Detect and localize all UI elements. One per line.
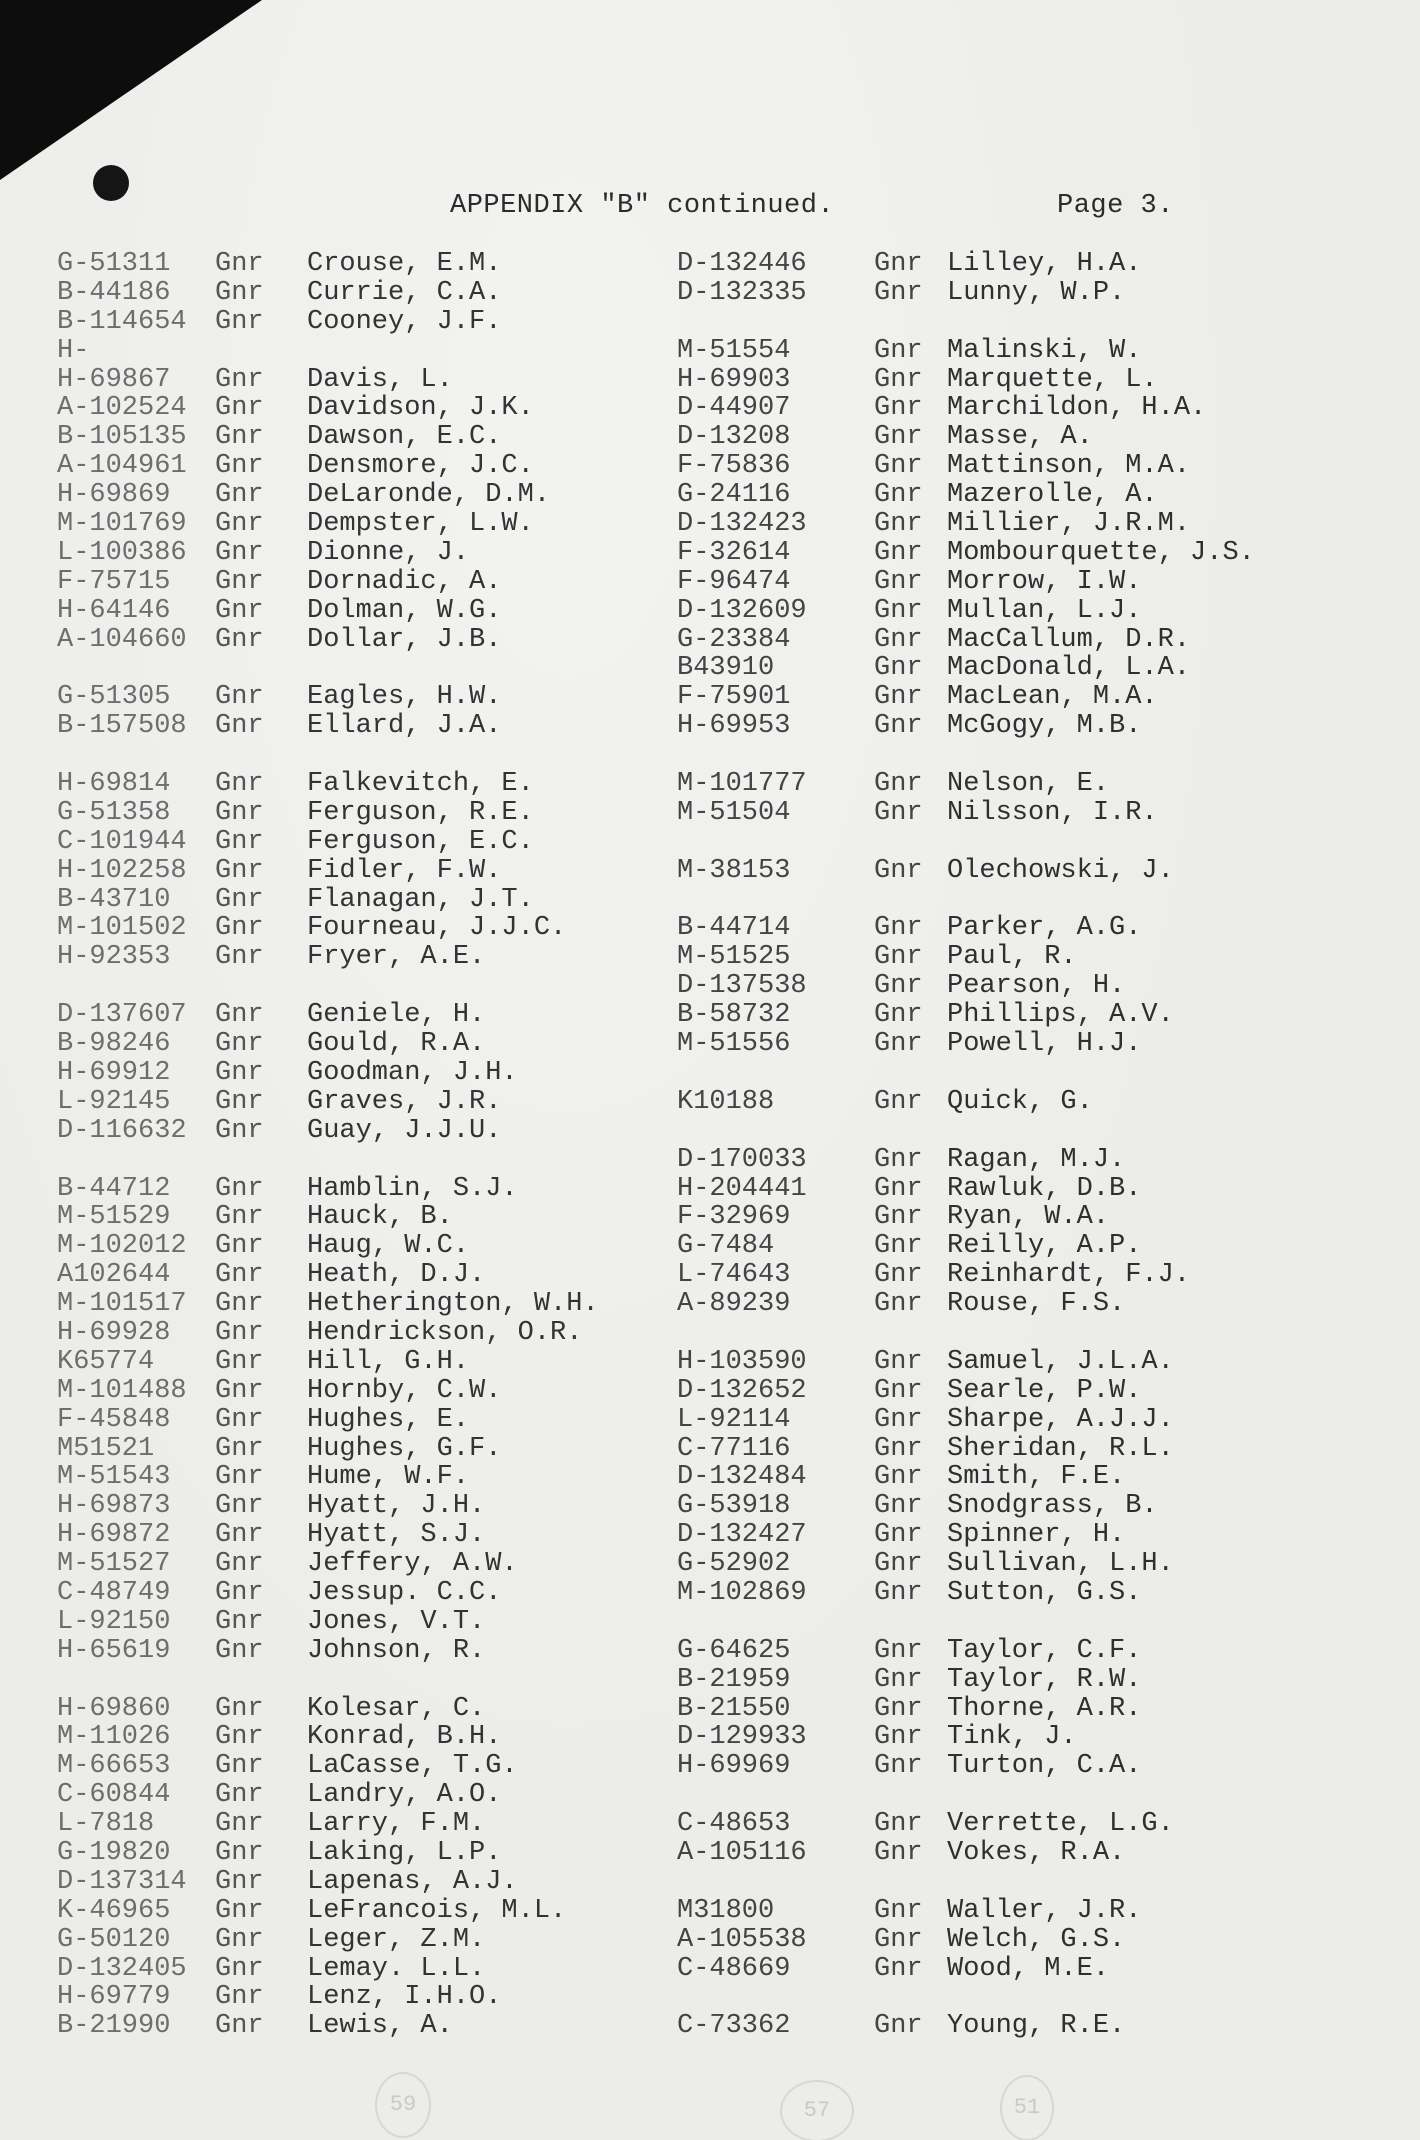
entry-rank: Gnr [215, 712, 264, 741]
entry-rank: Gnr [215, 1203, 264, 1232]
entry-name: Morrow, I.W. [947, 568, 1141, 597]
entry-rank: Gnr [215, 1637, 264, 1666]
entry-rank: Gnr [215, 626, 264, 655]
entry-name: Hamblin, S.J. [307, 1175, 518, 1204]
entry-name: Cooney, J.F. [307, 308, 501, 337]
entry-rank: Gnr [874, 943, 923, 972]
entry-number: G-64625 [677, 1637, 790, 1666]
entry-number: D-137607 [57, 1001, 187, 1030]
entry-rank: Gnr [215, 857, 264, 886]
entry-number: D-132427 [677, 1521, 807, 1550]
entry-name: Falkevitch, E. [307, 770, 534, 799]
entry-number: B-105135 [57, 423, 187, 452]
entry-name: Dornadic, A. [307, 568, 501, 597]
entry-number: K-46965 [57, 1897, 170, 1926]
entry-name: Searle, P.W. [947, 1377, 1141, 1406]
entry-name: Lunny, W.P. [947, 279, 1125, 308]
entry-rank: Gnr [215, 1435, 264, 1464]
entry-rank: Gnr [215, 279, 264, 308]
entry-rank: Gnr [215, 394, 264, 423]
entry-rank: Gnr [874, 1550, 923, 1579]
entry-name: Nelson, E. [947, 770, 1109, 799]
entry-rank: Gnr [874, 1839, 923, 1868]
entry-name: Smith, F.E. [947, 1463, 1125, 1492]
entry-rank: Gnr [215, 1290, 264, 1319]
entry-number: B-58732 [677, 1001, 790, 1030]
entry-number: F-75715 [57, 568, 170, 597]
entry-name: Rouse, F.S. [947, 1290, 1125, 1319]
entry-number: B-157508 [57, 712, 187, 741]
entry-rank: Gnr [215, 799, 264, 828]
entry-number: M-11026 [57, 1723, 170, 1752]
entry-rank: Gnr [874, 1001, 923, 1030]
entry-name: Taylor, R.W. [947, 1666, 1141, 1695]
entry-name: Hyatt, S.J. [307, 1521, 485, 1550]
entry-number: H-92353 [57, 943, 170, 972]
entry-name: Densmore, J.C. [307, 452, 534, 481]
entry-rank: Gnr [215, 1839, 264, 1868]
entry-rank: Gnr [215, 886, 264, 915]
entry-rank: Gnr [215, 2012, 264, 2041]
entry-number: H-69969 [677, 1752, 790, 1781]
entry-name: Ellard, J.A. [307, 712, 501, 741]
entry-name: MacLean, M.A. [947, 683, 1158, 712]
entry-number: B-98246 [57, 1030, 170, 1059]
entry-name: Leger, Z.M. [307, 1926, 485, 1955]
entry-name: Verrette, L.G. [947, 1810, 1174, 1839]
entry-rank: Gnr [874, 1146, 923, 1175]
entry-rank: Gnr [874, 394, 923, 423]
entry-number: B-43710 [57, 886, 170, 915]
entry-number: H-69873 [57, 1492, 170, 1521]
entry-rank: Gnr [874, 799, 923, 828]
entry-name: Laking, L.P. [307, 1839, 501, 1868]
entry-name: Sheridan, R.L. [947, 1435, 1174, 1464]
document-page: APPENDIX "B" continued. Page 3. G-51311G… [0, 0, 1420, 2140]
entry-rank: Gnr [874, 597, 923, 626]
entry-number: H-69928 [57, 1319, 170, 1348]
entry-rank: Gnr [874, 1348, 923, 1377]
entry-number: B-44186 [57, 279, 170, 308]
entry-rank: Gnr [215, 1810, 264, 1839]
entry-name: Marquette, L. [947, 366, 1158, 395]
entry-number: D-137538 [677, 972, 807, 1001]
entry-rank: Gnr [874, 1521, 923, 1550]
entry-number: M-51556 [677, 1030, 790, 1059]
entry-name: MacDonald, L.A. [947, 654, 1190, 683]
entry-name: Haug, W.C. [307, 1232, 469, 1261]
entry-number: H-69867 [57, 366, 170, 395]
entry-name: Flanagan, J.T. [307, 886, 534, 915]
entry-name: MacCallum, D.R. [947, 626, 1190, 655]
entry-rank: Gnr [215, 1001, 264, 1030]
entry-name: Konrad, B.H. [307, 1723, 501, 1752]
entry-number: F-32614 [677, 539, 790, 568]
entry-name: Dollar, J.B. [307, 626, 501, 655]
entry-number: D-132335 [677, 279, 807, 308]
entry-rank: Gnr [874, 481, 923, 510]
entry-rank: Gnr [215, 1781, 264, 1810]
entry-number: H-69903 [677, 366, 790, 395]
entry-number: K10188 [677, 1088, 774, 1117]
entry-number: L-92145 [57, 1088, 170, 1117]
entry-number: A-105116 [677, 1839, 807, 1868]
entry-rank: Gnr [215, 1175, 264, 1204]
entry-number: M-101502 [57, 914, 187, 943]
entry-name: Hughes, G.F. [307, 1435, 501, 1464]
entry-rank: Gnr [874, 423, 923, 452]
entry-name: Jeffery, A.W. [307, 1550, 518, 1579]
entry-number: C-60844 [57, 1781, 170, 1810]
entry-rank: Gnr [215, 1926, 264, 1955]
entry-name: Lapenas, A.J. [307, 1868, 518, 1897]
entry-name: Malinski, W. [947, 337, 1141, 366]
entry-rank: Gnr [874, 452, 923, 481]
entry-number: F-32969 [677, 1203, 790, 1232]
entry-name: Hume, W.F. [307, 1463, 469, 1492]
entry-name: Parker, A.G. [947, 914, 1141, 943]
entry-name: Hauck, B. [307, 1203, 453, 1232]
entry-name: Young, R.E. [947, 2012, 1125, 2041]
entry-name: Paul, R. [947, 943, 1077, 972]
entry-rank: Gnr [215, 1695, 264, 1724]
entry-rank: Gnr [874, 1955, 923, 1984]
entry-rank: Gnr [874, 857, 923, 886]
entry-name: Lenz, I.H.O. [307, 1983, 501, 2012]
entry-rank: Gnr [215, 1463, 264, 1492]
entry-name: Rawluk, D.B. [947, 1175, 1141, 1204]
entry-name: Hill, G.H. [307, 1348, 469, 1377]
page-header: APPENDIX "B" continued. Page 3. [0, 191, 1420, 221]
entry-number: H-102258 [57, 857, 187, 886]
entry-rank: Gnr [874, 1463, 923, 1492]
entry-number: G-51305 [57, 683, 170, 712]
entry-number: G-52902 [677, 1550, 790, 1579]
entry-name: Gould, R.A. [307, 1030, 485, 1059]
entry-number: C-101944 [57, 828, 187, 857]
entry-number: H-69779 [57, 1983, 170, 2012]
entry-rank: Gnr [874, 1406, 923, 1435]
entry-number: H-69872 [57, 1521, 170, 1550]
entry-rank: Gnr [215, 568, 264, 597]
entry-name: Heath, D.J. [307, 1261, 485, 1290]
entry-rank: Gnr [874, 337, 923, 366]
entry-number: G-53918 [677, 1492, 790, 1521]
entry-name: Dawson, E.C. [307, 423, 501, 452]
entry-rank: Gnr [874, 1232, 923, 1261]
appendix-title: APPENDIX "B" continued. [450, 191, 834, 221]
entry-name: Vokes, R.A. [947, 1839, 1125, 1868]
entry-number: B-21550 [677, 1695, 790, 1724]
entry-number: L-100386 [57, 539, 187, 568]
entry-number: K65774 [57, 1348, 154, 1377]
entry-rank: Gnr [215, 770, 264, 799]
entry-number: M-51529 [57, 1203, 170, 1232]
entry-name: Phillips, A.V. [947, 1001, 1174, 1030]
entry-name: Taylor, C.F. [947, 1637, 1141, 1666]
entry-rank: Gnr [874, 1695, 923, 1724]
entry-name: Marchildon, H.A. [947, 394, 1206, 423]
entry-rank: Gnr [874, 2012, 923, 2041]
entry-rank: Gnr [874, 1203, 923, 1232]
entry-number: H- [57, 337, 89, 366]
entry-number: D-13208 [677, 423, 790, 452]
entry-rank: Gnr [874, 1030, 923, 1059]
faint-stamp: 57 [780, 2080, 854, 2140]
entry-name: Jessup. C.C. [307, 1579, 501, 1608]
entry-number: H-69860 [57, 1695, 170, 1724]
entry-number: B-21990 [57, 2012, 170, 2041]
entry-rank: Gnr [874, 250, 923, 279]
entry-rank: Gnr [874, 510, 923, 539]
entry-name: Reilly, A.P. [947, 1232, 1141, 1261]
entry-number: M-51525 [677, 943, 790, 972]
entry-number: M-101488 [57, 1377, 187, 1406]
entry-rank: Gnr [215, 1261, 264, 1290]
entry-rank: Gnr [874, 1810, 923, 1839]
entry-rank: Gnr [215, 366, 264, 395]
entry-name: Millier, J.R.M. [947, 510, 1190, 539]
entry-number: B-21959 [677, 1666, 790, 1695]
entry-name: DeLaronde, D.M. [307, 481, 550, 510]
entry-rank: Gnr [874, 770, 923, 799]
entry-name: Quick, G. [947, 1088, 1093, 1117]
entry-name: Lemay. L.L. [307, 1955, 485, 1984]
entry-name: Thorne, A.R. [947, 1695, 1141, 1724]
entry-rank: Gnr [874, 1175, 923, 1204]
entry-name: Davis, L. [307, 366, 453, 395]
entry-rank: Gnr [215, 1117, 264, 1146]
entry-number: M-38153 [677, 857, 790, 886]
entry-name: Dionne, J. [307, 539, 469, 568]
entry-number: A-105538 [677, 1926, 807, 1955]
entry-rank: Gnr [215, 481, 264, 510]
entry-rank: Gnr [215, 1059, 264, 1088]
entry-rank: Gnr [874, 1088, 923, 1117]
entry-rank: Gnr [215, 1319, 264, 1348]
entry-name: Welch, G.S. [947, 1926, 1125, 1955]
entry-name: Snodgrass, B. [947, 1492, 1158, 1521]
entry-name: Sullivan, L.H. [947, 1550, 1174, 1579]
entry-name: Kolesar, C. [307, 1695, 485, 1724]
entry-rank: Gnr [215, 683, 264, 712]
entry-name: Mombourquette, J.S. [947, 539, 1255, 568]
entry-name: Ragan, M.J. [947, 1146, 1125, 1175]
entry-name: Fourneau, J.J.C. [307, 914, 566, 943]
entry-rank: Gnr [874, 1752, 923, 1781]
entry-rank: Gnr [874, 626, 923, 655]
entry-number: D-132609 [677, 597, 807, 626]
entry-name: Pearson, H. [947, 972, 1125, 1001]
entry-name: Hughes, E. [307, 1406, 469, 1435]
entry-rank: Gnr [874, 1926, 923, 1955]
entry-name: Ferguson, E.C. [307, 828, 534, 857]
entry-rank: Gnr [874, 914, 923, 943]
entry-rank: Gnr [215, 1550, 264, 1579]
entry-number: M-101769 [57, 510, 187, 539]
entry-number: D-132446 [677, 250, 807, 279]
entry-number: H-69869 [57, 481, 170, 510]
entry-rank: Gnr [215, 1232, 264, 1261]
entry-name: Goodman, J.H. [307, 1059, 518, 1088]
entry-rank: Gnr [215, 1579, 264, 1608]
entry-number: L-74643 [677, 1261, 790, 1290]
entry-number: A-104660 [57, 626, 187, 655]
entry-rank: Gnr [874, 1435, 923, 1464]
entry-rank: Gnr [215, 1377, 264, 1406]
entry-rank: Gnr [874, 712, 923, 741]
entry-number: D-132652 [677, 1377, 807, 1406]
entry-name: Dempster, L.W. [307, 510, 534, 539]
entry-rank: Gnr [874, 539, 923, 568]
page-number: Page 3. [1057, 191, 1174, 221]
entry-name: Wood, M.E. [947, 1955, 1109, 1984]
entry-name: Landry, A.O. [307, 1781, 501, 1810]
entry-number: D-44907 [677, 394, 790, 423]
entry-rank: Gnr [874, 279, 923, 308]
entry-number: G-50120 [57, 1926, 170, 1955]
entry-rank: Gnr [215, 1868, 264, 1897]
entry-rank: Gnr [215, 1983, 264, 2012]
entry-rank: Gnr [874, 683, 923, 712]
entry-number: F-75901 [677, 683, 790, 712]
entry-rank: Gnr [874, 1897, 923, 1926]
entry-name: Davidson, J.K. [307, 394, 534, 423]
entry-rank: Gnr [215, 1348, 264, 1377]
entry-name: Geniele, H. [307, 1001, 485, 1030]
entry-name: Reinhardt, F.J. [947, 1261, 1190, 1290]
entry-name: Powell, H.J. [947, 1030, 1141, 1059]
entry-number: C-77116 [677, 1435, 790, 1464]
entry-number: H-69953 [677, 712, 790, 741]
entry-rank: Gnr [215, 1492, 264, 1521]
entry-rank: Gnr [215, 1608, 264, 1637]
entry-number: M-101777 [677, 770, 807, 799]
entry-rank: Gnr [215, 943, 264, 972]
entry-name: Hyatt, J.H. [307, 1492, 485, 1521]
entry-name: Fryer, A.E. [307, 943, 485, 972]
entry-rank: Gnr [215, 1955, 264, 1984]
entry-number: D-129933 [677, 1723, 807, 1752]
entry-number: M-102869 [677, 1579, 807, 1608]
faint-stamp: 59 [375, 2072, 431, 2138]
entry-name: Hornby, C.W. [307, 1377, 501, 1406]
entry-number: H-64146 [57, 597, 170, 626]
entry-rank: Gnr [874, 366, 923, 395]
entry-name: Mattinson, M.A. [947, 452, 1190, 481]
entry-rank: Gnr [215, 914, 264, 943]
entry-rank: Gnr [874, 568, 923, 597]
entry-number: M-51504 [677, 799, 790, 828]
entry-name: McGogy, M.B. [947, 712, 1141, 741]
entry-number: D-132484 [677, 1463, 807, 1492]
entry-rank: Gnr [874, 1637, 923, 1666]
entry-name: Hendrickson, O.R. [307, 1319, 582, 1348]
entry-number: A-102524 [57, 394, 187, 423]
entry-number: L-92150 [57, 1608, 170, 1637]
entry-name: Lilley, H.A. [947, 250, 1141, 279]
entry-number: M-51543 [57, 1463, 170, 1492]
entry-name: Eagles, H.W. [307, 683, 501, 712]
entry-number: G-7484 [677, 1232, 774, 1261]
entry-rank: Gnr [874, 972, 923, 1001]
entry-rank: Gnr [215, 250, 264, 279]
entry-rank: Gnr [874, 1579, 923, 1608]
entry-number: C-73362 [677, 2012, 790, 2041]
entry-name: LaCasse, T.G. [307, 1752, 518, 1781]
entry-rank: Gnr [215, 423, 264, 452]
entry-number: H-204441 [677, 1175, 807, 1204]
entry-name: Dolman, W.G. [307, 597, 501, 626]
entry-rank: Gnr [215, 452, 264, 481]
entry-name: Nilsson, I.R. [947, 799, 1158, 828]
entry-rank: Gnr [215, 1406, 264, 1435]
entry-name: Tink, J. [947, 1723, 1077, 1752]
entry-name: Johnson, R. [307, 1637, 485, 1666]
entry-rank: Gnr [874, 1492, 923, 1521]
entry-number: M31800 [677, 1897, 774, 1926]
entry-rank: Gnr [215, 510, 264, 539]
entry-number: D-132423 [677, 510, 807, 539]
faint-stamp: 51 [1000, 2075, 1054, 2140]
entry-number: H-69814 [57, 770, 170, 799]
entry-number: D-170033 [677, 1146, 807, 1175]
entry-name: Lewis, A. [307, 2012, 453, 2041]
entry-name: Mullan, L.J. [947, 597, 1141, 626]
entry-name: Spinner, H. [947, 1521, 1125, 1550]
entry-number: M51521 [57, 1435, 154, 1464]
entry-rank: Gnr [215, 1752, 264, 1781]
entry-rank: Gnr [215, 597, 264, 626]
entry-rank: Gnr [874, 1377, 923, 1406]
entry-number: A102644 [57, 1261, 170, 1290]
entry-number: G-51358 [57, 799, 170, 828]
entry-rank: Gnr [215, 1521, 264, 1550]
entry-number: F-45848 [57, 1406, 170, 1435]
entry-rank: Gnr [874, 1261, 923, 1290]
entry-number: F-96474 [677, 568, 790, 597]
entry-number: B-44712 [57, 1175, 170, 1204]
entry-rank: Gnr [874, 1666, 923, 1695]
entry-rank: Gnr [874, 1723, 923, 1752]
entry-number: G-24116 [677, 481, 790, 510]
entry-name: Sharpe, A.J.J. [947, 1406, 1174, 1435]
entry-name: Currie, C.A. [307, 279, 501, 308]
entry-name: Larry, F.M. [307, 1810, 485, 1839]
entry-name: LeFrancois, M.L. [307, 1897, 566, 1926]
entry-number: B-114654 [57, 308, 187, 337]
entry-number: H-103590 [677, 1348, 807, 1377]
entry-name: Olechowski, J. [947, 857, 1174, 886]
entry-name: Waller, J.R. [947, 1897, 1141, 1926]
entry-name: Jones, V.T. [307, 1608, 485, 1637]
entry-number: G-19820 [57, 1839, 170, 1868]
entry-number: H-69912 [57, 1059, 170, 1088]
entry-name: Samuel, J.L.A. [947, 1348, 1174, 1377]
entry-number: M-51554 [677, 337, 790, 366]
entry-rank: Gnr [215, 1723, 264, 1752]
entry-number: B-44714 [677, 914, 790, 943]
entry-name: Ryan, W.A. [947, 1203, 1109, 1232]
entry-number: C-48653 [677, 1810, 790, 1839]
scan-corner-shadow [0, 0, 262, 180]
entry-rank: Gnr [874, 654, 923, 683]
entry-name: Crouse, E.M. [307, 250, 501, 279]
entry-number: M-66653 [57, 1752, 170, 1781]
entry-number: G-51311 [57, 250, 170, 279]
entry-number: F-75836 [677, 452, 790, 481]
entry-rank: Gnr [215, 308, 264, 337]
